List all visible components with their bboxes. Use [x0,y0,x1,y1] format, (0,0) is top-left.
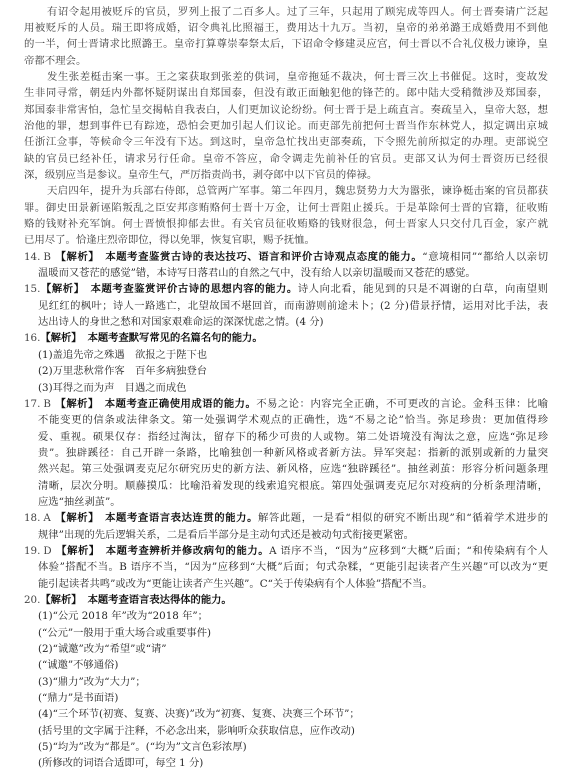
answer-text-line: (“公元”一般用于重大场合或重要事件) [24,625,548,641]
analysis-lead: 本题考查正确使用成语的能力。 [105,398,257,410]
text-line: 帝都不理会。 [24,53,548,69]
analysis-tag: 【解析】 [40,594,81,606]
analysis-lead: 本题考查鉴赏评价古诗的思想内容的能力。 [91,283,298,295]
analysis-lead: 本题考查语言表达连贯的能力。 [105,512,258,524]
answer-number: 14. [24,251,40,263]
answer-text-line: 达出诗人的身世之愁和对国家艰难命运的深深忧虑之情。(4 分) [24,314,548,330]
answer-choice: B [43,398,51,410]
answer-text: 诗人向北看，能见到的只是不凋谢的白草，向南望则 [298,283,548,295]
answer-text: 不易之论：内容完全正确，不可更改的言论。金科玉律：比喻 [256,398,548,410]
answer-heading-line: 20.【解析】本题考查语言表达得体的能力。 [24,592,548,608]
analysis-tag: 【解析】 [40,332,81,344]
answer-text-line: 清晰，层次分明。顺藤摸瓜：比喻沿着发现的线索追究根底。第四处强调麦克尼尔对疫病的… [24,478,548,494]
answer-choice: B [43,251,51,263]
answer-number: 19. [24,545,40,557]
answer-item-17: 17.B【解析】本题考查正确使用成语的能力。不易之论：内容完全正确，不可更改的言… [0,396,567,510]
analysis-lead: 本题考查语言表达得体的能力。 [88,594,232,606]
analysis-tag: 【解析】 [40,283,84,295]
answer-item-20: 20.【解析】本题考查语言表达得体的能力。 (1)“公元 2018 年”改为“2… [0,592,567,772]
text-line: 已用尽了。恰逢庄烈帝即位，得以免罪，恢复官职，赐予抚恤。 [24,232,548,248]
answer-heading-line: 16.【解析】本题考查默写常见的名篇名句的能力。 [24,330,548,346]
text-line: 用被贬斥的人员。瑞王即将成婚，诏令典礼比照福王，费用达十九万。当初，皇帝的弟弟潞… [24,20,548,36]
answer-text-line: (“鼎力”是书面语) [24,690,548,706]
text-line: 郑国泰非常害怕，急忙呈交揭帖自我表白，人们更加议论纷纷。何士晋于是上疏直言。奏疏… [24,102,548,118]
answer-number: 18. [24,512,40,524]
answer-text-line: (4)“三个环节(初赛、复赛、决赛)”改为“初赛、复赛、决赛三个环节”； [24,706,548,722]
text-line: 生非同寻常，朝廷内外都怀疑阴谋出自郑国泰，但没有敢正面触犯他的锋芒的。郎中陆大受… [24,85,548,101]
answer-text-line: 体验”搭配不当。B 语序不当，“因为”应移到“大概”后面；句式杂糅，“更能引起读… [24,559,548,575]
text-line: 任浙江佥事，等候命令三年没有下达。到这时，皇帝急忙找出吏部奏疏，下令照先前所拟定… [24,134,548,150]
answer-heading-line: 18.A【解析】本题考查语言表达连贯的能力。解答此题，一是看“相似的研究不断出现… [24,510,548,526]
answer-heading-line: 15.【解析】本题考查鉴赏评价古诗的思想内容的能力。诗人向北看，能见到的只是不凋… [24,281,548,297]
answer-text-line: (3)耳得之而为声 目遇之而成色 [24,380,548,396]
answer-text-line: 见红红的枫叶；诗人一路逃亡，北望故国不堪回首，而南游则前途未卜；(2 分)借景抒… [24,298,548,314]
analysis-tag: 【解析】 [55,512,99,524]
answer-text-line: (1)盖追先帝之殊遇 欲报之于陛下也 [24,347,548,363]
answer-choice: A [43,512,50,524]
answer-text-line: (括号里的文字属于注释，不必念出来，影响听众获取信息，应作改动) [24,723,548,739]
text-line: 罪。御史田景新诬陷叛乱之臣安邦彦贿赂何士晋十万金，让何士晋阻止援兵。于是革除何士… [24,200,548,216]
answer-text-line: 应选“抽丝剥茧”。 [24,494,548,510]
answer-heading-line: 19.D【解析】本题考查辨析并修改病句的能力。A 语序不当，“因为”应移到“大概… [24,543,548,559]
answer-text-line: 不能变更的信条或法律条文。第一处强调学术观点的正确性，选“不易之论”恰当。弥足珍… [24,412,548,428]
answer-number: 15. [24,283,40,295]
answer-item-14: 14.B【解析】本题考查鉴赏古诗的表达技巧、语言和评价古诗观点态度的能力。“意境… [0,249,567,282]
analysis-tag: 【解析】 [55,398,99,410]
answer-number: 20. [24,594,40,606]
answer-text-line: (1)“公元 2018 年”改为“2018 年”； [24,608,548,624]
text-line: 发生张差梃击案一事。王之寀获取到张差的供词，皇帝拖延不裁决，何士晋三次上书催促。… [24,69,548,85]
answer-text-line: 规律”出现的先后逻辑关系，二是看后半部分是主动句式还是被动句式衔接更紧密。 [24,527,548,543]
answer-choice: D [43,545,51,557]
answer-text-line: 贵”。独辟蹊径：自己开辟一条路，比喻独创一种新风格或者新方法。异军突起：指新的派… [24,445,548,461]
document-page: 有诏令起用被贬斥的官员，罗列上报了二百多人。过了三年，只起用了顾宪成等四人。何士… [0,0,567,783]
answer-text-line: (2)“诚邀”改为“希望”或“请” [24,641,548,657]
translation-paragraph: 天启四年，提升为兵部右侍郎，总管两广军事。第二年四月，魏忠贤势力大为嚣张，谏诤梃… [0,183,567,248]
answer-number: 16. [24,332,40,344]
analysis-lead: 本题考查鉴赏古诗的表达技巧、语言和评价古诗观点态度的能力。 [105,251,422,263]
answer-item-19: 19.D【解析】本题考查辨析并修改病句的能力。A 语序不当，“因为”应移到“大概… [0,543,567,592]
answer-heading-line: 14.B【解析】本题考查鉴赏古诗的表达技巧、语言和评价古诗观点态度的能力。“意境… [24,249,548,265]
text-line: 治他的罪，想到事件已有踪迹，恐怕会更加引起人们议论。而吏部先前把何士晋当作东林党… [24,118,548,134]
text-line: 赂的钱财补充军饷。何士晋愤恨抑郁去世。有关官员征收贿赂的钱财很急，何士晋家人只交… [24,216,548,232]
answer-text-line: (2)万里悲秋常作客 百年多病独登台 [24,363,548,379]
text-line: 有诏令起用被贬斥的官员，罗列上报了二百多人。过了三年，只起用了顾宪成等四人。何士… [24,4,548,20]
answer-item-18: 18.A【解析】本题考查语言表达连贯的能力。解答此题，一是看“相似的研究不断出现… [0,510,567,543]
answers-section: 14.B【解析】本题考查鉴赏古诗的表达技巧、语言和评价古诗观点态度的能力。“意境… [0,249,567,772]
answer-text: A 语序不当，“因为”应移到“大概”后面；“和传染病有个人 [269,545,548,557]
answer-text-line: 然兴起。第三处强调麦克尼尔研究历史的新方法、新风格，应选“独辟蹊径”。抽丝剥茧：… [24,461,548,477]
answer-heading-line: 17.B【解析】本题考查正确使用成语的能力。不易之论：内容完全正确，不可更改的言… [24,396,548,412]
answer-item-16: 16.【解析】本题考查默写常见的名篇名句的能力。 (1)盖追先帝之殊遇 欲报之于… [0,330,567,395]
translation-section: 有诏令起用被贬斥的官员，罗列上报了二百多人。过了三年，只起用了顾宪成等四人。何士… [0,4,567,249]
text-line: 缺的官员已经补任，请求另行任命。皇帝不答应，命令调走先前补任的官员。吏部又认为何… [24,151,548,167]
answer-text-line: (3)“鼎力”改为“大力”； [24,674,548,690]
analysis-lead: 本题考查默写常见的名篇名句的能力。 [88,332,263,344]
answer-text-line: 爱、重视。硕果仅存：指经过淘汰，留存下的稀少可贵的人或物。第二处语境没有淘汰之意… [24,429,548,445]
answer-text: “意境相同”“都给人以亲切 [422,251,548,263]
text-line: 深，级别应当是参议。皇帝生气，严厉指责尚书，剥夺郎中以下官员的俸禄。 [24,167,548,183]
answer-number: 17. [24,398,40,410]
analysis-tag: 【解析】 [56,545,100,557]
answer-text-line: (5)“均为”改为“都是”。(“均为”文言色彩浓厚) [24,739,548,755]
answer-text-line: (所修改的词语合适即可，每空 1 分) [24,755,548,771]
answer-text: 解答此题，一是看“相似的研究不断出现”和“循着学术进步的 [258,512,548,524]
analysis-lead: 本题考查辨析并修改病句的能力。 [106,545,269,557]
answer-item-15: 15.【解析】本题考查鉴赏评价古诗的思想内容的能力。诗人向北看，能见到的只是不凋… [0,281,567,330]
answer-text-line: 能引起读者共鸣”或改为“更能让读者产生兴趣”。C“关于传染病有个人体验”搭配不当… [24,576,548,592]
answer-text-line: (“诚邀”不够通俗) [24,657,548,673]
analysis-tag: 【解析】 [55,251,99,263]
answer-text-line: 温暖而又苍茫的感觉”错，本诗写日落君山的自然之气中，没有给人以亲切温暖而又苍茫的… [24,265,548,281]
translation-paragraph: 有诏令起用被贬斥的官员，罗列上报了二百多人。过了三年，只起用了顾宪成等四人。何士… [0,4,567,69]
text-line: 天启四年，提升为兵部右侍郎，总管两广军事。第二年四月，魏忠贤势力大为嚣张，谏诤梃… [24,183,548,199]
translation-paragraph: 发生张差梃击案一事。王之寀获取到张差的供词，皇帝拖延不裁决，何士晋三次上书催促。… [0,69,567,183]
text-line: 的一半，何士晋请求比照潞王。皇帝打算尊崇奉祭太后，下诏命令修建灵应宫，何士晋以不… [24,36,548,52]
